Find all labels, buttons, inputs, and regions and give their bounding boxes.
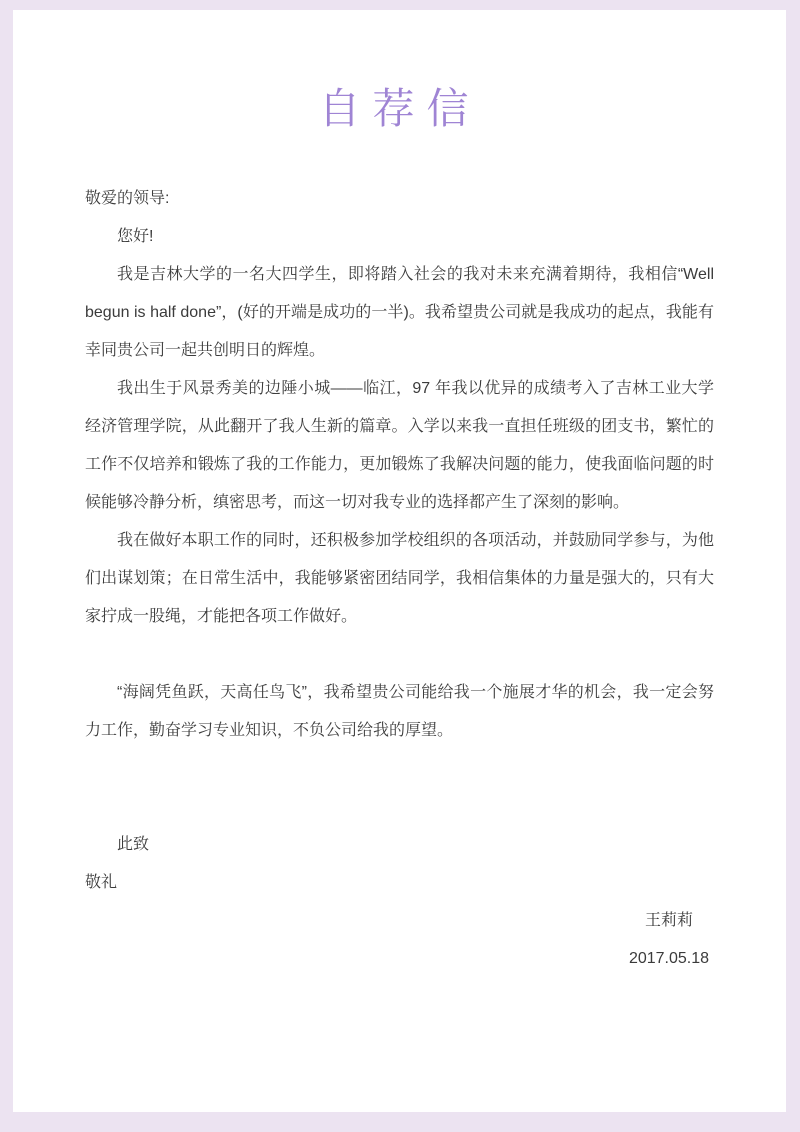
closing-cizhi: 此致 xyxy=(85,826,714,864)
signature-date: 2017.05.18 xyxy=(624,940,714,978)
salutation-line: 敬爱的领导: xyxy=(85,180,714,218)
paragraph-activities: 我在做好本职工作的同时，还积极参加学校组织的各项活动，并鼓励同学参与，为他们出谋… xyxy=(85,522,714,636)
signature-name: 王莉莉 xyxy=(624,902,714,940)
signature-block: 王莉莉 2017.05.18 xyxy=(624,902,714,978)
letter-title: 自荐信 xyxy=(85,84,714,134)
paragraph-background: 我出生于风景秀美的边陲小城——临江，97 年我以优异的成绩考入了吉林工业大学经济… xyxy=(85,370,714,522)
paragraph-intro: 我是吉林大学的一名大四学生，即将踏入社会的我对未来充满着期待，我相信“Well … xyxy=(85,256,714,370)
letter-body: 敬爱的领导: 您好! 我是吉林大学的一名大四学生，即将踏入社会的我对未来充满着期… xyxy=(85,180,714,978)
greeting-line: 您好! xyxy=(85,218,714,256)
paragraph-aspiration: “海阔凭鱼跃，天高任鸟飞”，我希望贵公司能给我一个施展才华的机会，我一定会努力工… xyxy=(85,674,714,750)
letter-sheet: 自荐信 敬爱的领导: 您好! 我是吉林大学的一名大四学生，即将踏入社会的我对未来… xyxy=(13,10,786,1112)
closing-jingli: 敬礼 xyxy=(85,864,714,902)
